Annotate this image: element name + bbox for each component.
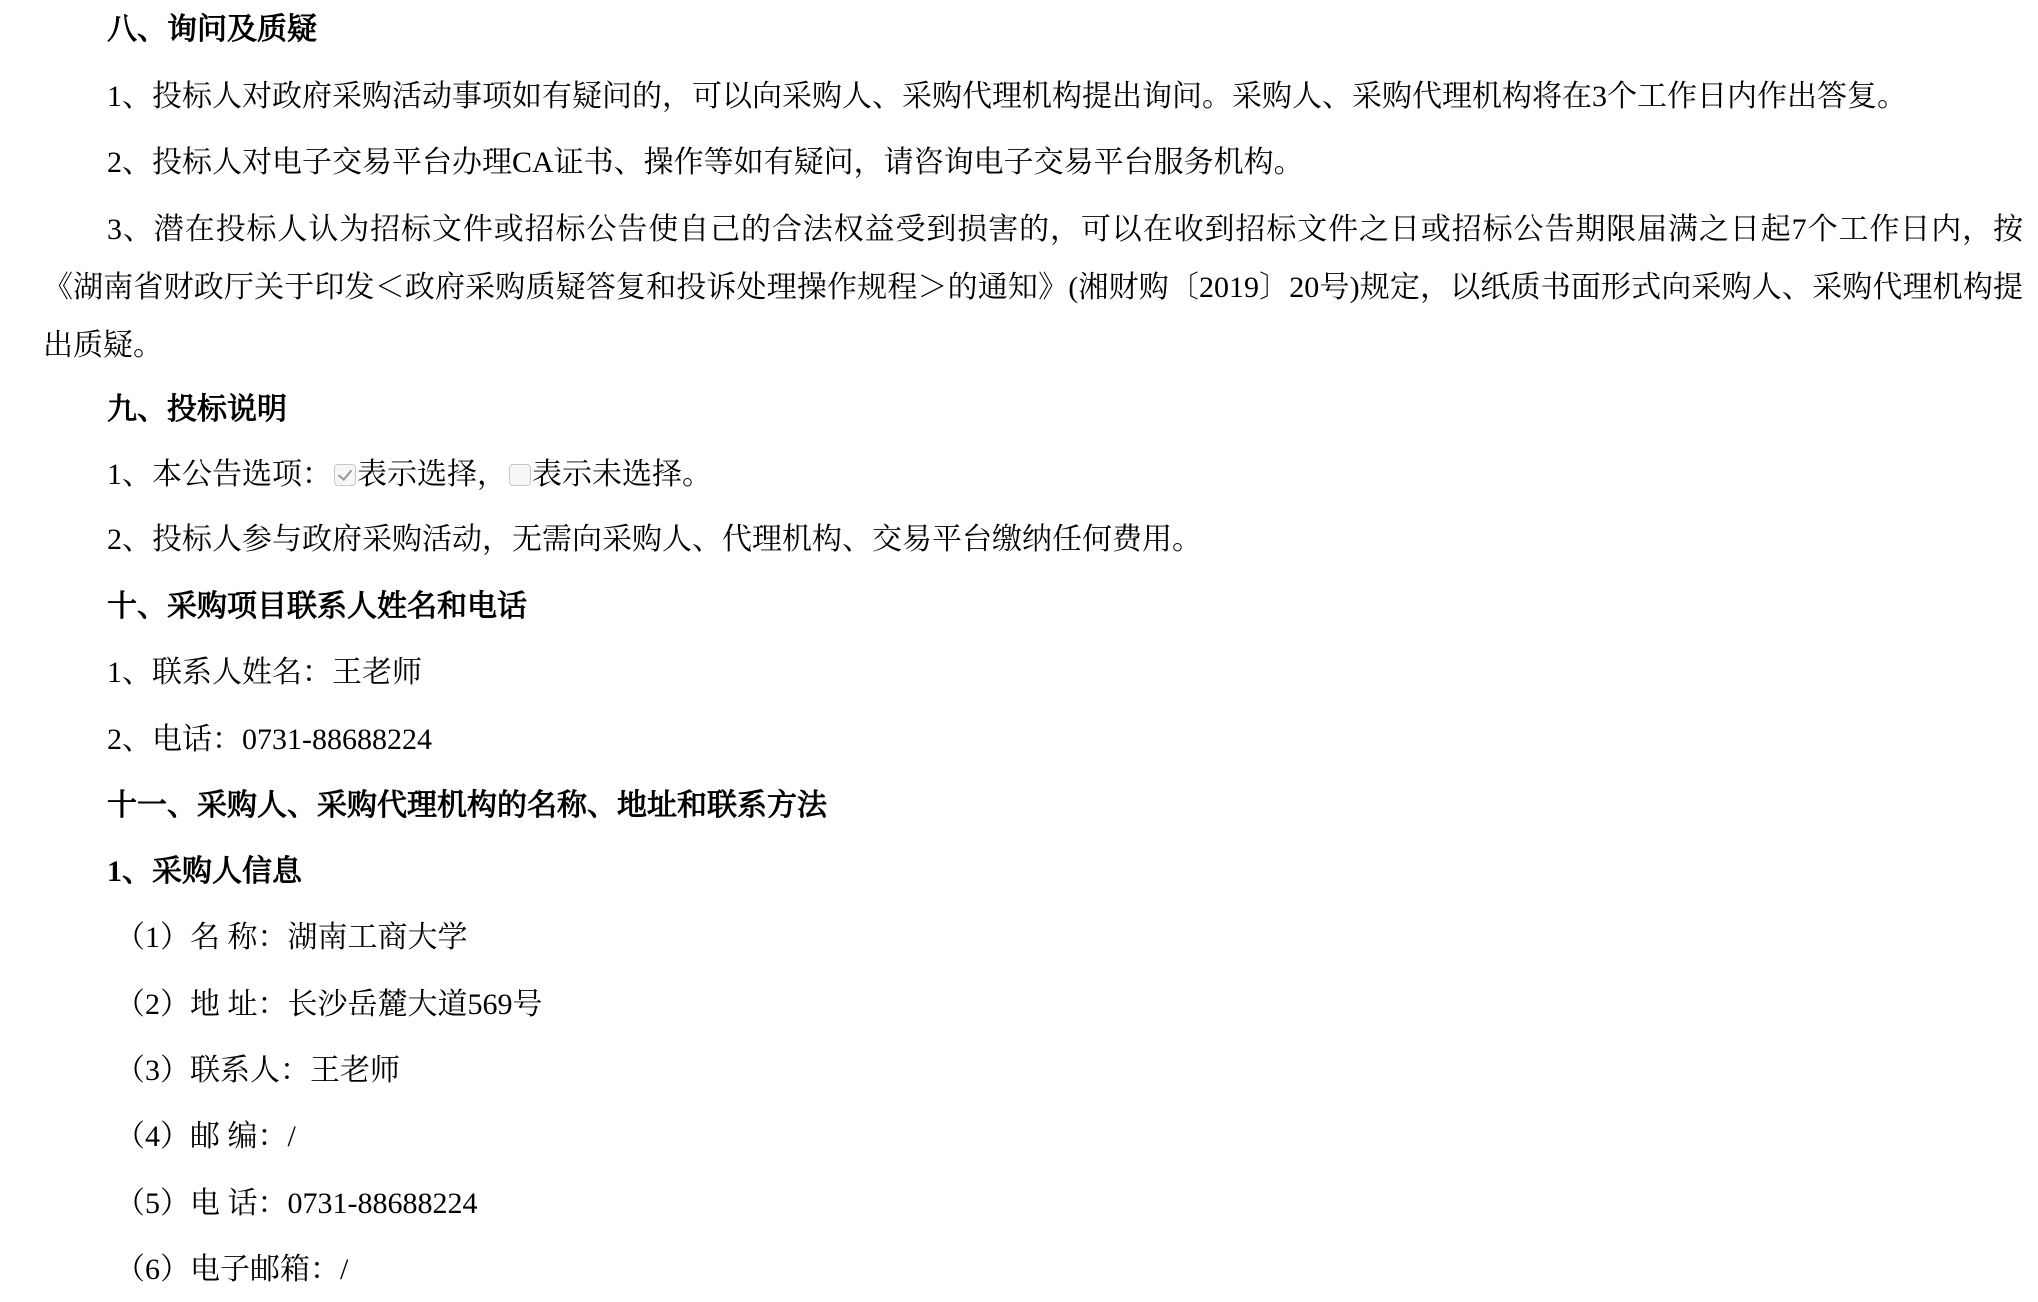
- section-heading-inquiry: 八、询问及质疑: [107, 10, 317, 50]
- bid-notes-item-1-prefix: 1、本公告选项：: [107, 458, 332, 491]
- purchaser-postcode: （4）邮 编：/: [115, 1117, 296, 1157]
- purchaser-phone: （5）电 话：0731-88688224: [115, 1184, 478, 1224]
- bid-notes-item-1: 1、本公告选项：表示选择，表示未选择。: [107, 455, 712, 495]
- purchaser-address: （2）地 址：长沙岳麓大道569号: [115, 985, 543, 1025]
- purchaser-name: （1）名 称：湖南工商大学: [115, 918, 468, 958]
- section-heading-parties: 十一、采购人、采购代理机构的名称、地址和联系方法: [107, 786, 827, 826]
- inquiry-item-2: 2、投标人对电子交易平台办理CA证书、操作等如有疑问，请咨询电子交易平台服务机构…: [107, 143, 1304, 183]
- purchaser-contact-person: （3）联系人：王老师: [115, 1051, 400, 1091]
- section-heading-bid-notes: 九、投标说明: [107, 390, 287, 430]
- checkbox-unchecked-icon: [509, 464, 531, 486]
- contact-name-line: 1、联系人姓名：王老师: [107, 653, 422, 693]
- unchecked-legend-label: 表示未选择。: [532, 458, 712, 491]
- checked-legend-label: 表示选择，: [357, 458, 507, 491]
- purchaser-email: （6）电子邮箱：/: [115, 1250, 348, 1290]
- inquiry-item-3: 3、潜在投标人认为招标文件或招标公告使自己的合法权益受到损害的，可以在收到招标文…: [43, 201, 2023, 375]
- purchaser-info-heading: 1、采购人信息: [107, 852, 302, 892]
- inquiry-item-1: 1、投标人对政府采购活动事项如有疑问的，可以向采购人、采购代理机构提出询问。采购…: [107, 77, 1907, 117]
- section-heading-project-contact: 十、采购项目联系人姓名和电话: [107, 587, 527, 627]
- contact-phone-line: 2、电话：0731-88688224: [107, 720, 432, 760]
- checkbox-checked-icon: [334, 464, 356, 486]
- bid-notes-item-2: 2、投标人参与政府采购活动，无需向采购人、代理机构、交易平台缴纳任何费用。: [107, 520, 1202, 560]
